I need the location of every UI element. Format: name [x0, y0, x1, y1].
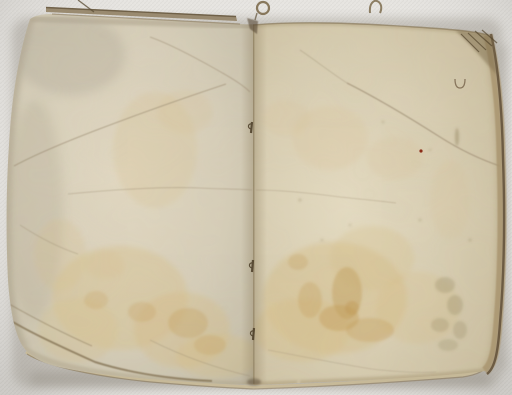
manuscript-photograph — [0, 0, 512, 395]
parchment-grain — [6, 8, 256, 388]
manuscript-photo-canvas — [0, 0, 512, 395]
sewing-tacket — [252, 260, 253, 272]
gutter-bottom-shadow — [247, 379, 261, 386]
left-page-overlays — [2, 8, 260, 388]
sewing-tacket — [253, 328, 254, 340]
red-fleck — [419, 149, 422, 152]
right-page-overlays — [253, 18, 505, 388]
parchment-grain — [253, 18, 505, 388]
